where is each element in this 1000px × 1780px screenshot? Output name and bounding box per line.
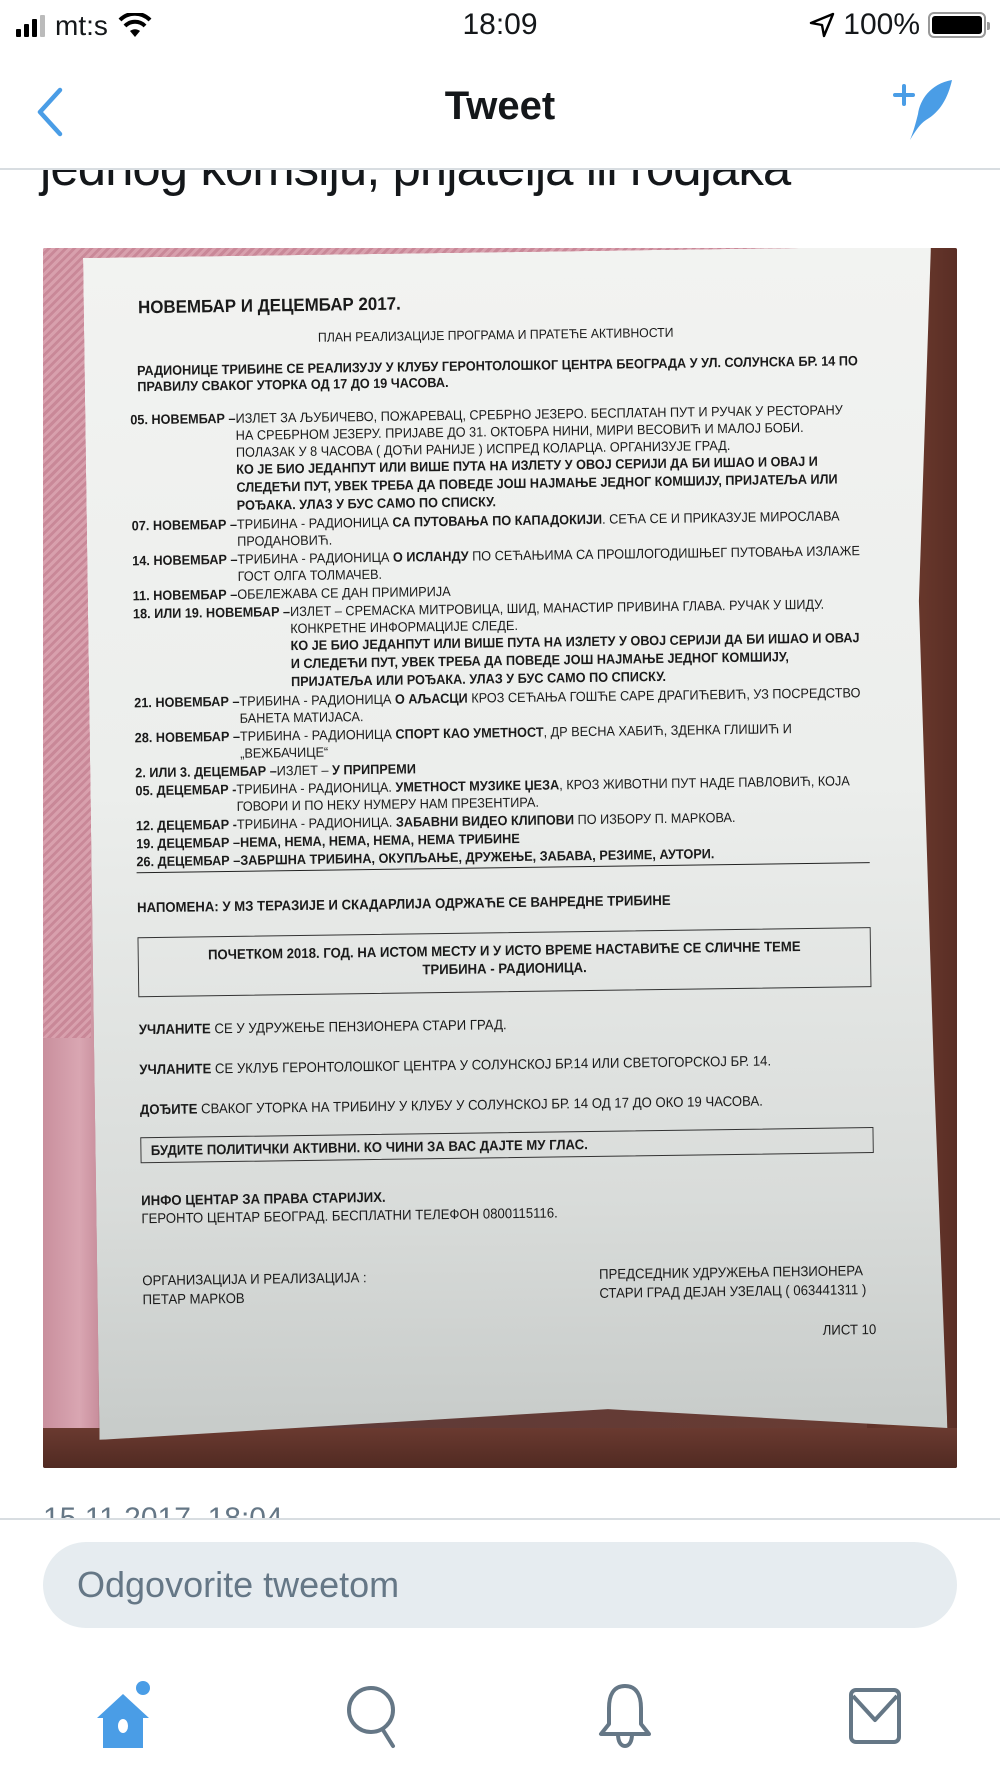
flyer-title: НОВЕМБАР И ДЕЦЕМБАР 2017. bbox=[138, 287, 862, 318]
tablecloth-left bbox=[43, 248, 91, 1038]
entry-topic: О ИСЛАНДУ bbox=[393, 549, 469, 565]
join-text: СВАКОГ УТОРКА НА ТРИБИНУ У КЛУБУ У СОЛУН… bbox=[197, 1093, 763, 1117]
location-arrow-icon bbox=[809, 12, 835, 38]
flyer-note: НАПОМЕНА: У МЗ ТЕРАЗИЈЕ И СКАДАРЛИЈА ОДР… bbox=[137, 889, 870, 915]
reply-bar bbox=[0, 1520, 1000, 1620]
entry-topic: СПОРТ КАО УМЕТНОСТ bbox=[395, 725, 543, 742]
entry-date: 11. НОВЕМБАР – bbox=[133, 586, 238, 604]
entry-topic: НЕМА, НЕМА, НЕМА, НЕМА, НЕМА ТРИБИНЕ bbox=[240, 831, 520, 850]
entry-date: 14. НОВЕМБАР – bbox=[132, 551, 238, 586]
tab-notifications[interactable] bbox=[500, 1640, 750, 1780]
compose-tweet-button[interactable] bbox=[890, 78, 960, 142]
search-icon bbox=[343, 1680, 407, 1752]
entry-text: ИЗЛЕТ ЗА ЉУБИЧЕВО, ПОЖАРЕВАЦ, СРЕБРНО ЈЕ… bbox=[235, 402, 842, 459]
status-bar: mt:s 18:09 100% bbox=[0, 0, 1000, 56]
entry-bus-note: КО ЈЕ БИО ЈЕДАНПУТ ИЛИ ВИШЕ ПУТА НА ИЗЛЕ… bbox=[236, 452, 865, 515]
flyer-political-box: БУДИТЕ ПОЛИТИЧКИ АКТИВНИ. КО ЧИНИ ЗА ВАС… bbox=[140, 1127, 873, 1163]
join-line: ДОЂИТЕ СВАКОГ УТОРКА НА ТРИБИНУ У КЛУБУ … bbox=[140, 1091, 873, 1117]
entry-text: ТРИБИНА - РАДИОНИЦА bbox=[240, 727, 396, 744]
join-list: УЧЛАНИТЕ СЕ У УДРУЖЕЊЕ ПЕНЗИОНЕРА СТАРИ … bbox=[139, 1011, 873, 1117]
entry-text: ИЗЛЕТ – bbox=[277, 763, 333, 779]
entry-topic: СА ПУТОВАЊА ПО КАПАДОКИЈИ bbox=[392, 512, 602, 530]
page-label: ЛИСТ 10 bbox=[143, 1321, 876, 1347]
join-line: УЧЛАНИТЕ СЕ УКЛУБ ГЕРОНТОЛОШКОГ ЦЕНТРА У… bbox=[139, 1051, 872, 1077]
join-verb: УЧЛАНИТЕ bbox=[139, 1060, 211, 1077]
entry-date: 12. ДЕЦЕМБАР - bbox=[136, 816, 237, 834]
home-icon bbox=[93, 1680, 157, 1752]
reply-divider bbox=[0, 1518, 1000, 1520]
entry-details: ПО ИЗБОРУ П. МАРКОВА. bbox=[574, 810, 736, 827]
entry-body: ИЗЛЕТ – СРЕМАСКА МИТРОВИЦА, ШИД, МАНАСТИ… bbox=[290, 595, 867, 691]
flyer-signatures: ОРГАНИЗАЦИЈА И РЕАЛИЗАЦИЈА : ПЕТАР МАРКО… bbox=[142, 1261, 876, 1309]
printed-flyer: НОВЕМБАР И ДЕЦЕМБАР 2017. ПЛАН РЕАЛИЗАЦИ… bbox=[83, 248, 947, 1440]
entry-date: 05. ДЕЦЕМБАР - bbox=[135, 781, 236, 816]
tweet-photo[interactable]: НОВЕМБАР И ДЕЦЕМБАР 2017. ПЛАН РЕАЛИЗАЦИ… bbox=[43, 248, 957, 1468]
entry-body: ИЗЛЕТ ЗА ЉУБИЧЕВО, ПОЖАРЕВАЦ, СРЕБРНО ЈЕ… bbox=[235, 401, 864, 515]
sign-left: ОРГАНИЗАЦИЈА И РЕАЛИЗАЦИЈА : ПЕТАР МАРКО… bbox=[142, 1268, 367, 1309]
sign-right-name: СТАРИ ГРАД ДЕЈАН УЗЕЛАЦ ( 063441311 ) bbox=[599, 1280, 866, 1303]
entry-text: ТРИБИНА - РАДИОНИЦА bbox=[237, 550, 393, 567]
schedule-list: 05. НОВЕМБАР – ИЗЛЕТ ЗА ЉУБИЧЕВО, ПОЖАРЕ… bbox=[130, 401, 870, 873]
entry-text: ТРИБИНА - РАДИОНИЦА. bbox=[237, 815, 396, 832]
tweet-text: jednog komsiju, prijatelja ili rodjaka bbox=[40, 170, 790, 198]
tab-home[interactable] bbox=[0, 1640, 250, 1780]
tweet-timestamp: 15.11.2017. 18:04 bbox=[43, 1502, 283, 1518]
sign-left-name: ПЕТАР МАРКОВ bbox=[142, 1287, 367, 1309]
flyer-info: ИНФО ЦЕНТАР ЗА ПРАВА СТАРИЈИХ. ГЕРОНТО Ц… bbox=[141, 1181, 875, 1227]
reply-input[interactable] bbox=[43, 1542, 957, 1628]
entry-date: 26. ДЕЦЕМБАР – bbox=[136, 852, 240, 870]
entry-text: ТРИБИНА - РАДИОНИЦА bbox=[237, 515, 393, 532]
entry-date: 07. НОВЕМБАР – bbox=[132, 516, 238, 551]
compose-tweet-icon bbox=[890, 78, 960, 142]
sign-left-role: ОРГАНИЗАЦИЈА И РЕАЛИЗАЦИЈА : bbox=[142, 1268, 367, 1290]
entry-topic: О АЉАСЦИ bbox=[395, 691, 468, 707]
join-text: СЕ У УДРУЖЕЊЕ ПЕНЗИОНЕРА СТАРИ ГРАД. bbox=[211, 1016, 507, 1036]
nav-bar: Tweet bbox=[0, 56, 1000, 168]
entry-date: 2. ИЛИ 3. ДЕЦЕМБАР – bbox=[135, 762, 277, 781]
tab-bar bbox=[0, 1640, 1000, 1780]
entry-topic: УМЕТНОСТ МУЗИКЕ ЏЕЗА bbox=[395, 777, 559, 794]
tab-messages[interactable] bbox=[750, 1640, 1000, 1780]
join-line: УЧЛАНИТЕ СЕ У УДРУЖЕЊЕ ПЕНЗИОНЕРА СТАРИ … bbox=[139, 1011, 872, 1037]
battery-percent: 100% bbox=[843, 8, 920, 42]
entry-date: 21. НОВЕМБАР – bbox=[134, 693, 240, 728]
entry-topic: ЗАБАВНИ ВИДЕО КЛИПОВИ bbox=[396, 812, 574, 829]
flyer-intro: РАДИОНИЦЕ ТРИБИНЕ СЕ РЕАЛИЗУЈУ У КЛУБУ Г… bbox=[137, 353, 863, 395]
flyer-content: НОВЕМБАР И ДЕЦЕМБАР 2017. ПЛАН РЕАЛИЗАЦИ… bbox=[129, 287, 877, 1347]
battery-icon bbox=[928, 12, 986, 38]
schedule-entry: 05. НОВЕМБАР – ИЗЛЕТ ЗА ЉУБИЧЕВО, ПОЖАРЕ… bbox=[130, 401, 865, 516]
entry-text: ТРИБИНА - РАДИОНИЦА bbox=[239, 692, 395, 709]
entry-text: ОБЕЛЕЖАВА СЕ ДАН ПРИМИРИЈА bbox=[237, 584, 451, 602]
bell-icon bbox=[593, 1680, 657, 1752]
join-verb: УЧЛАНИТЕ bbox=[139, 1020, 211, 1037]
schedule-entry: 18. ИЛИ 19. НОВЕМБАР – ИЗЛЕТ – СРЕМАСКА … bbox=[133, 595, 867, 693]
entry-bus-note: КО ЈЕ БИО ЈЕДАНПУТ ИЛИ ВИШЕ ПУТА НА ИЗЛЕ… bbox=[290, 629, 867, 691]
flyer-subtitle: ПЛАН РЕАЛИЗАЦИЈЕ ПРОГРАМА И ПРАТЕЋЕ АКТИ… bbox=[129, 322, 862, 347]
page-title: Tweet bbox=[0, 84, 1000, 129]
entry-date: 19. ДЕЦЕМБАР – bbox=[136, 834, 240, 852]
flyer-2018-box: ПОЧЕТКОМ 2018. ГОД. НА ИСТОМ МЕСТУ И У И… bbox=[137, 927, 871, 997]
entry-date: 28. НОВЕМБАР – bbox=[135, 728, 241, 763]
tweet-detail: jednog komsiju, prijatelja ili rodjaka Н… bbox=[0, 170, 1000, 1518]
sign-right: ПРЕДСЕДНИК УДРУЖЕЊА ПЕНЗИОНЕРА СТАРИ ГРА… bbox=[599, 1261, 866, 1303]
entry-date: 05. НОВЕМБАР – bbox=[130, 410, 237, 516]
tab-search[interactable] bbox=[250, 1640, 500, 1780]
join-text: СЕ УКЛУБ ГЕРОНТОЛОШКОГ ЦЕНТРА У СОЛУНСКО… bbox=[211, 1052, 771, 1076]
entry-date: 18. ИЛИ 19. НОВЕМБАР – bbox=[133, 603, 291, 693]
mail-icon bbox=[843, 1680, 907, 1752]
status-right: 100% bbox=[809, 8, 986, 42]
entry-text: ТРИБИНА - РАДИОНИЦА. bbox=[236, 780, 395, 797]
nav-divider bbox=[0, 168, 1000, 170]
join-verb: ДОЂИТЕ bbox=[140, 1100, 198, 1117]
entry-topic: У ПРИПРЕМИ bbox=[332, 761, 416, 777]
